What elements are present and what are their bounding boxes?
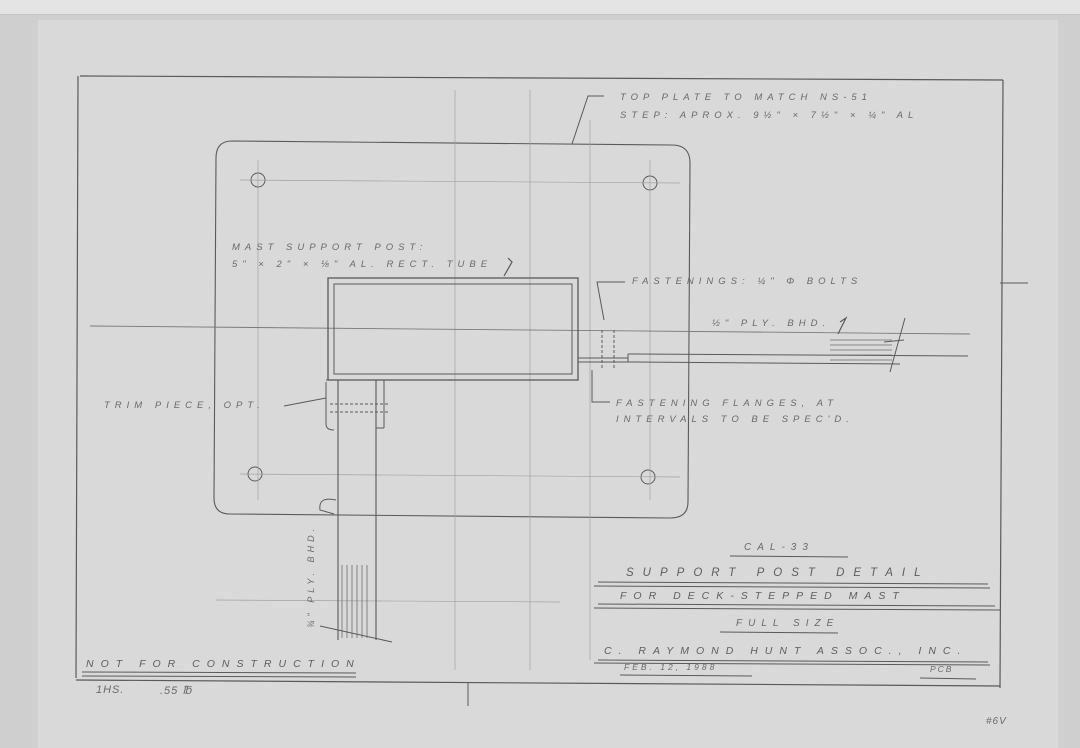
note-fastening-flanges-line2: INTERVALS TO BE SPEC'D. bbox=[616, 414, 854, 425]
title-line2: FOR DECK-STEPPED MAST bbox=[620, 590, 906, 602]
sheet-mark: #6V bbox=[986, 716, 1007, 727]
ref-left: 1HS. bbox=[96, 684, 124, 696]
border-left bbox=[76, 76, 78, 678]
note-mast-support-line1: MAST SUPPORT POST: bbox=[232, 242, 427, 253]
border-bottom bbox=[76, 680, 1000, 686]
firm-name: C. RAYMOND HUNT ASSOC., INC. bbox=[604, 645, 967, 657]
not-for-construction: NOT FOR CONSTRUCTION bbox=[86, 658, 361, 670]
note-fastening-flanges-line1: FASTENING FLANGES, AT bbox=[616, 398, 838, 409]
ref-value: .55 ℔ bbox=[160, 684, 192, 697]
note-trim-piece: TRIM PIECE, OPT. bbox=[104, 400, 265, 411]
note-top-plate-line2: STEP: APROX. 9½" × 7½" × ¼" AL bbox=[620, 110, 918, 121]
drawing-number: CAL-33 bbox=[744, 542, 814, 553]
scale-label: FULL SIZE bbox=[736, 618, 839, 629]
note-fastenings: FASTENINGS: ¼" ϕ BOLTS bbox=[632, 276, 862, 287]
border-right bbox=[1000, 80, 1003, 688]
border-top bbox=[80, 76, 1003, 80]
drawing-date: FEB. 12, 1988 bbox=[624, 662, 717, 672]
title-line1: SUPPORT POST DETAIL bbox=[626, 567, 930, 579]
note-mast-support-line2: 5" × 2" × ⅛" AL. RECT. TUBE bbox=[232, 259, 492, 270]
note-bulkhead-vertical: ¾" PLY. BHD. bbox=[306, 525, 316, 628]
note-top-plate-line1: TOP PLATE TO MATCH NS-51 bbox=[620, 92, 872, 103]
drafter-initials: PCB bbox=[930, 664, 953, 674]
note-bulkhead-horizontal: ½" PLY. BHD. bbox=[712, 318, 830, 329]
